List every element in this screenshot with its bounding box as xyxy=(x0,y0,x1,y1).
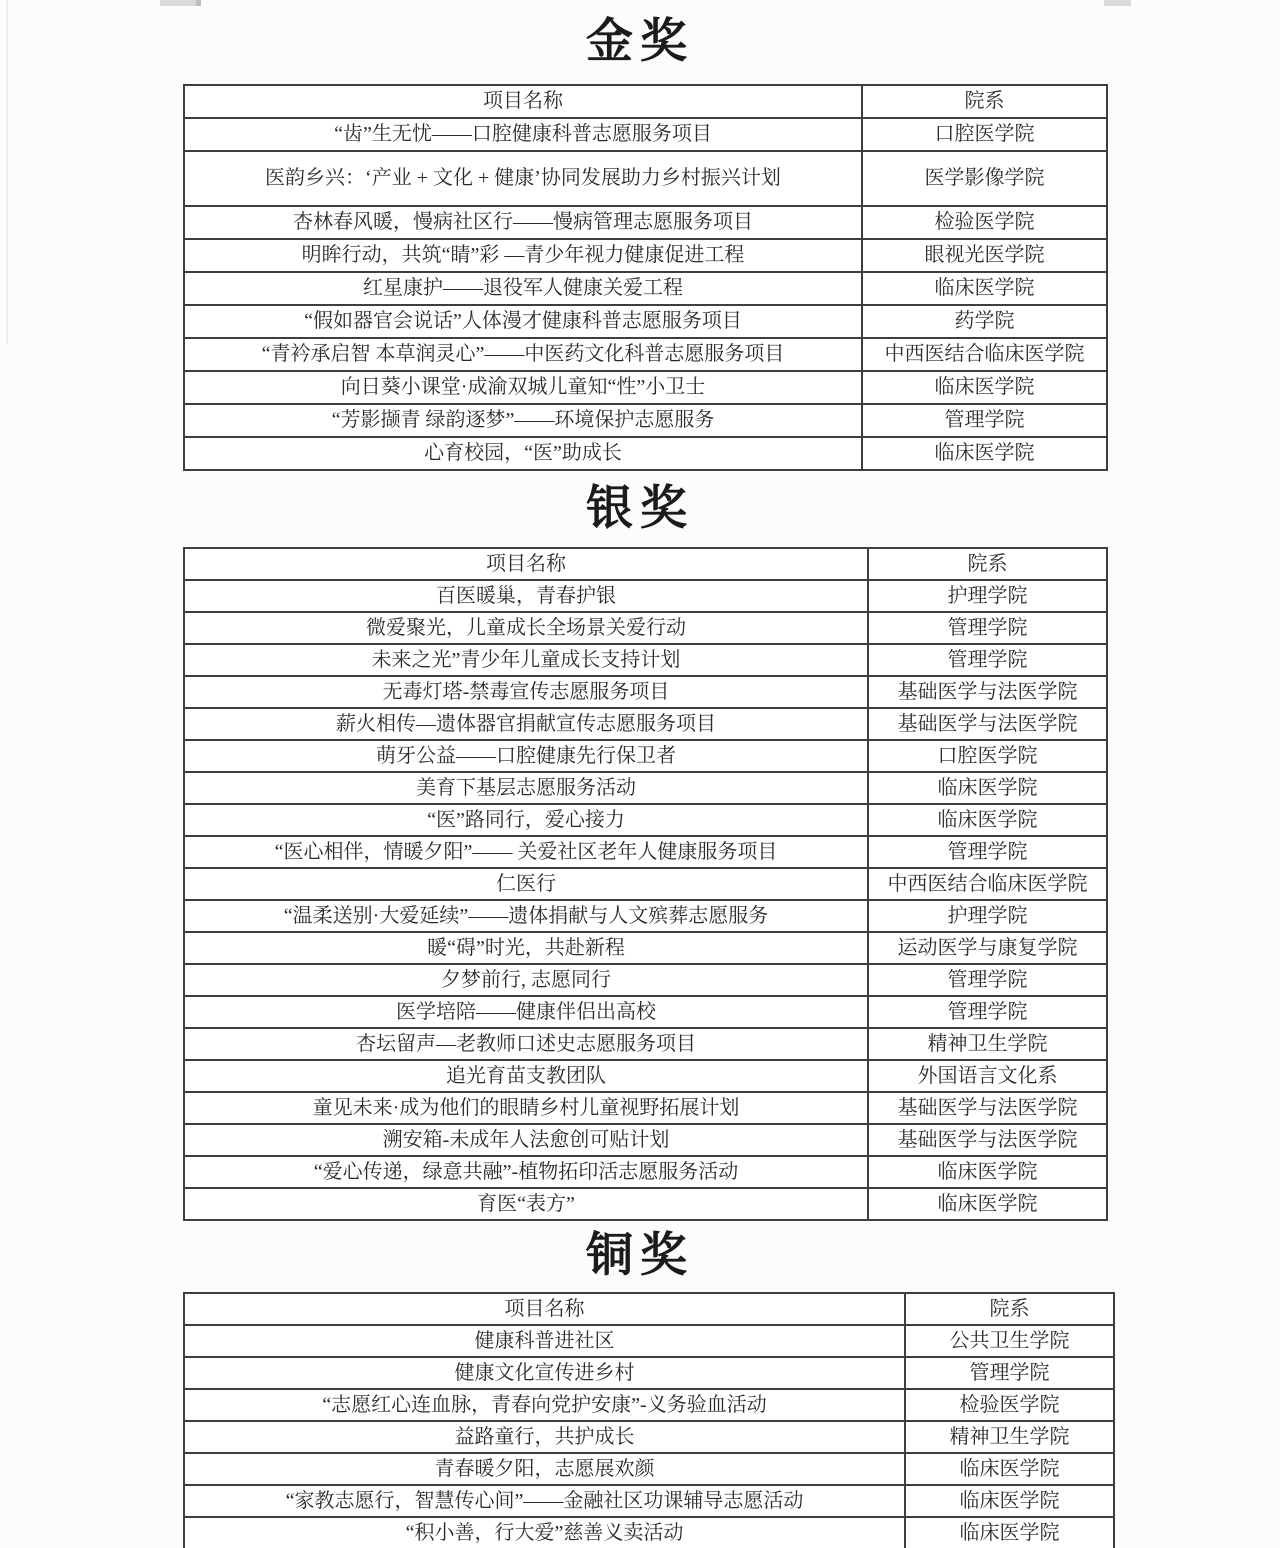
department-cell: 精神卫生学院 xyxy=(868,1028,1107,1060)
table-header: 项目名称 院系 xyxy=(184,548,1107,580)
department-cell: 检验医学院 xyxy=(862,206,1107,239)
project-name-cell: 夕梦前行, 志愿同行 xyxy=(184,964,868,996)
department-cell: 管理学院 xyxy=(868,612,1107,644)
project-name-cell: 溯安箱-未成年人法愈创可贴计划 xyxy=(184,1124,868,1156)
table-row: 健康文化宣传进乡村管理学院 xyxy=(184,1357,1114,1389)
department-cell: 管理学院 xyxy=(868,996,1107,1028)
project-name-cell: 健康科普进社区 xyxy=(184,1325,905,1357)
table-row: “医”路同行，爱心接力临床医学院 xyxy=(184,804,1107,836)
column-header-project: 项目名称 xyxy=(184,548,868,580)
table-row: 育医“表方”临床医学院 xyxy=(184,1188,1107,1220)
department-cell: 药学院 xyxy=(862,305,1107,338)
project-name-cell: “假如器官会说话”人体漫才健康科普志愿服务项目 xyxy=(184,305,862,338)
department-cell: 临床医学院 xyxy=(868,772,1107,804)
table-row: 追光育苗支教团队外国语言文化系 xyxy=(184,1060,1107,1092)
column-header-department: 院系 xyxy=(905,1293,1114,1325)
column-header-project: 项目名称 xyxy=(184,1293,905,1325)
table-row: 童见未来·成为他们的眼睛乡村儿童视野拓展计划基础医学与法医学院 xyxy=(184,1092,1107,1124)
project-name-cell: 暖“碍”时光，共赴新程 xyxy=(184,932,868,964)
project-name-cell: “青衿承启智 本草润灵心”——中医药文化科普志愿服务项目 xyxy=(184,338,862,371)
project-name-cell: “家教志愿行，智慧传心间”——金融社区功课辅导志愿活动 xyxy=(184,1485,905,1517)
department-cell: 眼视光医学院 xyxy=(862,239,1107,272)
cropped-ui-fragment-right xyxy=(1104,0,1131,6)
table-header: 项目名称 院系 xyxy=(184,85,1107,118)
department-cell: 口腔医学院 xyxy=(862,118,1107,151)
department-cell: 公共卫生学院 xyxy=(905,1325,1114,1357)
project-name-cell: 青春暖夕阳，志愿展欢颜 xyxy=(184,1453,905,1485)
department-cell: 临床医学院 xyxy=(862,371,1107,404)
department-cell: 运动医学与康复学院 xyxy=(868,932,1107,964)
header-row: 项目名称 院系 xyxy=(184,85,1107,118)
award-title: 银奖 xyxy=(0,471,1280,547)
column-header-department: 院系 xyxy=(862,85,1107,118)
table-row: “志愿红心连血脉，青春向党护安康”-义务验血活动检验医学院 xyxy=(184,1389,1114,1421)
table-row: 未来之光”青少年儿童成长支持计划管理学院 xyxy=(184,644,1107,676)
project-name-cell: “志愿红心连血脉，青春向党护安康”-义务验血活动 xyxy=(184,1389,905,1421)
award-table: 项目名称 院系 百医暖巢，青春护银护理学院微爱聚光，儿童成长全场景关爱行动管理学… xyxy=(183,547,1108,1221)
document-page: 金奖 项目名称 院系 “齿”生无忧——口腔健康科普志愿服务项目口腔医学院医韵乡兴… xyxy=(0,0,1280,1548)
project-name-cell: 萌牙公益——口腔健康先行保卫者 xyxy=(184,740,868,772)
department-cell: 医学影像学院 xyxy=(862,151,1107,206)
department-cell: 外国语言文化系 xyxy=(868,1060,1107,1092)
table-row: 医韵乡兴：‘产业 + 文化 + 健康’协同发展助力乡村振兴计划医学影像学院 xyxy=(184,151,1107,206)
department-cell: 护理学院 xyxy=(868,580,1107,612)
department-cell: 口腔医学院 xyxy=(868,740,1107,772)
table-row: 暖“碍”时光，共赴新程运动医学与康复学院 xyxy=(184,932,1107,964)
header-row: 项目名称 院系 xyxy=(184,548,1107,580)
department-cell: 基础医学与法医学院 xyxy=(868,676,1107,708)
award-section: 银奖 项目名称 院系 百医暖巢，青春护银护理学院微爱聚光，儿童成长全场景关爱行动… xyxy=(0,471,1280,1221)
award-title: 铜奖 xyxy=(0,1221,1280,1292)
project-name-cell: “爱心传递，绿意共融”-植物拓印活志愿服务活动 xyxy=(184,1156,868,1188)
project-name-cell: “医”路同行，爱心接力 xyxy=(184,804,868,836)
cropped-ui-fragment-left xyxy=(160,0,200,6)
project-name-cell: 益路童行，共护成长 xyxy=(184,1421,905,1453)
department-cell: 基础医学与法医学院 xyxy=(868,1092,1107,1124)
project-name-cell: 百医暖巢，青春护银 xyxy=(184,580,868,612)
project-name-cell: 杏坛留声—老教师口述史志愿服务项目 xyxy=(184,1028,868,1060)
project-name-cell: 微爱聚光，儿童成长全场景关爱行动 xyxy=(184,612,868,644)
department-cell: 临床医学院 xyxy=(868,1156,1107,1188)
table-row: “齿”生无忧——口腔健康科普志愿服务项目口腔医学院 xyxy=(184,118,1107,151)
award-title: 金奖 xyxy=(0,0,1280,84)
table-row: 微爱聚光，儿童成长全场景关爱行动管理学院 xyxy=(184,612,1107,644)
project-name-cell: 红星康护——退役军人健康关爱工程 xyxy=(184,272,862,305)
table-row: 萌牙公益——口腔健康先行保卫者口腔医学院 xyxy=(184,740,1107,772)
department-cell: 管理学院 xyxy=(868,964,1107,996)
table-row: 健康科普进社区公共卫生学院 xyxy=(184,1325,1114,1357)
table-row: “家教志愿行，智慧传心间”——金融社区功课辅导志愿活动临床医学院 xyxy=(184,1485,1114,1517)
department-cell: 临床医学院 xyxy=(868,1188,1107,1220)
table-row: 青春暖夕阳，志愿展欢颜临床医学院 xyxy=(184,1453,1114,1485)
award-section: 铜奖 项目名称 院系 健康科普进社区公共卫生学院健康文化宣传进乡村管理学院“志愿… xyxy=(0,1221,1280,1548)
table-row: 医学培陪——健康伴侣出高校管理学院 xyxy=(184,996,1107,1028)
header-row: 项目名称 院系 xyxy=(184,1293,1114,1325)
project-name-cell: 心育校园，“医”助成长 xyxy=(184,437,862,470)
award-table: 项目名称 院系 “齿”生无忧——口腔健康科普志愿服务项目口腔医学院医韵乡兴：‘产… xyxy=(183,84,1108,471)
department-cell: 临床医学院 xyxy=(905,1517,1114,1548)
department-cell: 精神卫生学院 xyxy=(905,1421,1114,1453)
table-row: 杏坛留声—老教师口述史志愿服务项目精神卫生学院 xyxy=(184,1028,1107,1060)
project-name-cell: 医学培陪——健康伴侣出高校 xyxy=(184,996,868,1028)
table-row: 杏林春风暖，慢病社区行——慢病管理志愿服务项目检验医学院 xyxy=(184,206,1107,239)
project-name-cell: 童见未来·成为他们的眼睛乡村儿童视野拓展计划 xyxy=(184,1092,868,1124)
table-row: 美育下基层志愿服务活动临床医学院 xyxy=(184,772,1107,804)
department-cell: 管理学院 xyxy=(905,1357,1114,1389)
project-name-cell: 向日葵小课堂·成渝双城儿童知“性”小卫士 xyxy=(184,371,862,404)
project-name-cell: “芳影撷青 绿韵逐梦”——环境保护志愿服务 xyxy=(184,404,862,437)
project-name-cell: 薪火相传—遗体器官捐献宣传志愿服务项目 xyxy=(184,708,868,740)
table-row: 益路童行，共护成长精神卫生学院 xyxy=(184,1421,1114,1453)
table-row: 薪火相传—遗体器官捐献宣传志愿服务项目基础医学与法医学院 xyxy=(184,708,1107,740)
award-table: 项目名称 院系 健康科普进社区公共卫生学院健康文化宣传进乡村管理学院“志愿红心连… xyxy=(183,1292,1115,1548)
project-name-cell: 追光育苗支教团队 xyxy=(184,1060,868,1092)
table-row: “爱心传递，绿意共融”-植物拓印活志愿服务活动临床医学院 xyxy=(184,1156,1107,1188)
project-name-cell: 明眸行动，共筑“睛”彩 —青少年视力健康促进工程 xyxy=(184,239,862,272)
department-cell: 中西医结合临床医学院 xyxy=(862,338,1107,371)
table-row: 明眸行动，共筑“睛”彩 —青少年视力健康促进工程眼视光医学院 xyxy=(184,239,1107,272)
project-name-cell: “积小善，行大爱”慈善义卖活动 xyxy=(184,1517,905,1548)
department-cell: 管理学院 xyxy=(868,644,1107,676)
department-cell: 基础医学与法医学院 xyxy=(868,708,1107,740)
award-sections: 金奖 项目名称 院系 “齿”生无忧——口腔健康科普志愿服务项目口腔医学院医韵乡兴… xyxy=(0,0,1280,1548)
table-header: 项目名称 院系 xyxy=(184,1293,1114,1325)
department-cell: 临床医学院 xyxy=(905,1485,1114,1517)
award-section: 金奖 项目名称 院系 “齿”生无忧——口腔健康科普志愿服务项目口腔医学院医韵乡兴… xyxy=(0,0,1280,471)
department-cell: 中西医结合临床医学院 xyxy=(868,868,1107,900)
project-name-cell: “医心相伴，情暖夕阳”—— 关爱社区老年人健康服务项目 xyxy=(184,836,868,868)
project-name-cell: “齿”生无忧——口腔健康科普志愿服务项目 xyxy=(184,118,862,151)
project-name-cell: 仁医行 xyxy=(184,868,868,900)
department-cell: 管理学院 xyxy=(868,836,1107,868)
table-row: “芳影撷青 绿韵逐梦”——环境保护志愿服务管理学院 xyxy=(184,404,1107,437)
column-header-department: 院系 xyxy=(868,548,1107,580)
department-cell: 检验医学院 xyxy=(905,1389,1114,1421)
table-row: 仁医行中西医结合临床医学院 xyxy=(184,868,1107,900)
table-row: 百医暖巢，青春护银护理学院 xyxy=(184,580,1107,612)
department-cell: 临床医学院 xyxy=(868,804,1107,836)
column-header-project: 项目名称 xyxy=(184,85,862,118)
table-row: “假如器官会说话”人体漫才健康科普志愿服务项目药学院 xyxy=(184,305,1107,338)
table-row: 夕梦前行, 志愿同行管理学院 xyxy=(184,964,1107,996)
page-edge-line xyxy=(6,0,8,345)
project-name-cell: 杏林春风暖，慢病社区行——慢病管理志愿服务项目 xyxy=(184,206,862,239)
project-name-cell: “温柔送别·大爱延续”——遗体捐献与人文殡葬志愿服务 xyxy=(184,900,868,932)
table-row: “积小善，行大爱”慈善义卖活动临床医学院 xyxy=(184,1517,1114,1548)
department-cell: 管理学院 xyxy=(862,404,1107,437)
table-row: “温柔送别·大爱延续”——遗体捐献与人文殡葬志愿服务护理学院 xyxy=(184,900,1107,932)
project-name-cell: 医韵乡兴：‘产业 + 文化 + 健康’协同发展助力乡村振兴计划 xyxy=(184,151,862,206)
cropped-ui-fragment-left-tick xyxy=(196,0,201,6)
table-row: 无毒灯塔-禁毒宣传志愿服务项目基础医学与法医学院 xyxy=(184,676,1107,708)
department-cell: 临床医学院 xyxy=(862,272,1107,305)
project-name-cell: 美育下基层志愿服务活动 xyxy=(184,772,868,804)
table-row: 红星康护——退役军人健康关爱工程临床医学院 xyxy=(184,272,1107,305)
table-row: 溯安箱-未成年人法愈创可贴计划基础医学与法医学院 xyxy=(184,1124,1107,1156)
department-cell: 护理学院 xyxy=(868,900,1107,932)
project-name-cell: 育医“表方” xyxy=(184,1188,868,1220)
department-cell: 临床医学院 xyxy=(905,1453,1114,1485)
project-name-cell: 未来之光”青少年儿童成长支持计划 xyxy=(184,644,868,676)
project-name-cell: 无毒灯塔-禁毒宣传志愿服务项目 xyxy=(184,676,868,708)
department-cell: 临床医学院 xyxy=(862,437,1107,470)
table-row: “青衿承启智 本草润灵心”——中医药文化科普志愿服务项目中西医结合临床医学院 xyxy=(184,338,1107,371)
table-row: “医心相伴，情暖夕阳”—— 关爱社区老年人健康服务项目管理学院 xyxy=(184,836,1107,868)
project-name-cell: 健康文化宣传进乡村 xyxy=(184,1357,905,1389)
table-row: 向日葵小课堂·成渝双城儿童知“性”小卫士临床医学院 xyxy=(184,371,1107,404)
table-row: 心育校园，“医”助成长临床医学院 xyxy=(184,437,1107,470)
department-cell: 基础医学与法医学院 xyxy=(868,1124,1107,1156)
